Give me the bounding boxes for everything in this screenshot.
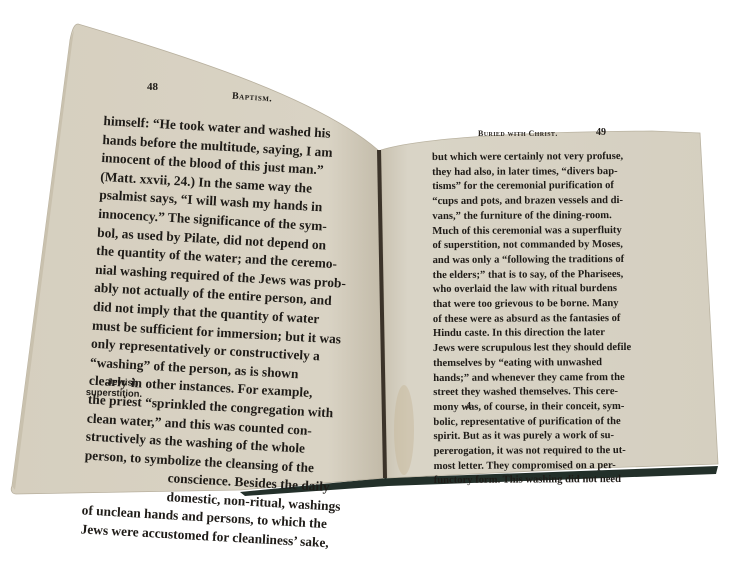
- text-line: that were too grievous to be borne. Many: [433, 297, 631, 313]
- left-page-body: himself: “He took water and washed his h…: [80, 112, 362, 553]
- text-line: vans,” the furniture of the dining-room.: [432, 209, 630, 225]
- text-line: most letter. They compromised on a per-: [434, 459, 632, 475]
- text-line: of superstition, not commanded by Moses,: [432, 238, 630, 254]
- text-line: “cups and pots, and brazen vessels and d…: [432, 194, 630, 210]
- text-line: street they washed themselves. This cere…: [433, 385, 631, 401]
- text-line: pererogation, it was not required to the…: [434, 444, 632, 460]
- text-line: spirit. But as it was purely a work of s…: [433, 429, 631, 445]
- text-line: Much of this ceremonial was a superfluit…: [432, 223, 630, 239]
- left-page-number: 48: [147, 81, 158, 93]
- text-line: Hindu caste. In this direction the later: [433, 326, 631, 342]
- right-page-number: 49: [596, 127, 606, 138]
- text-line: of these were as absurd as the fantasies…: [433, 312, 631, 328]
- sidenote-line: superstition.: [86, 386, 143, 399]
- text-line: tisms” for the ceremonial purification o…: [432, 179, 630, 195]
- text-line: bolic, representative of purification of…: [433, 415, 631, 431]
- right-page-body: but which were certainly not very profus…: [432, 150, 632, 489]
- right-running-head: Buried with Christ.: [478, 129, 558, 138]
- text-line: Jews were scrupulous lest they should de…: [433, 341, 631, 357]
- text-line: they had also, in later times, “divers b…: [432, 165, 630, 181]
- text-line: and was only a “following the traditions…: [433, 253, 631, 269]
- signature-mark: 4: [466, 401, 471, 412]
- text-line: the elders;” that is to say, of the Phar…: [433, 268, 631, 284]
- text-line: functory form. This washing did not need: [434, 473, 632, 489]
- text-line: but which were certainly not very profus…: [432, 150, 630, 166]
- text-line: who overlaid the law with ritual burdens: [433, 282, 631, 298]
- text-line: mony was, of course, in their conceit, s…: [433, 400, 631, 416]
- open-book-photo: 48 Baptism. himself: “He took water and …: [0, 0, 750, 563]
- text-line: hands;” and whenever they came from the: [433, 371, 631, 387]
- text-line: themselves by “eating with unwashed: [433, 356, 631, 372]
- margin-sidenote: Jewish superstition.: [86, 375, 143, 399]
